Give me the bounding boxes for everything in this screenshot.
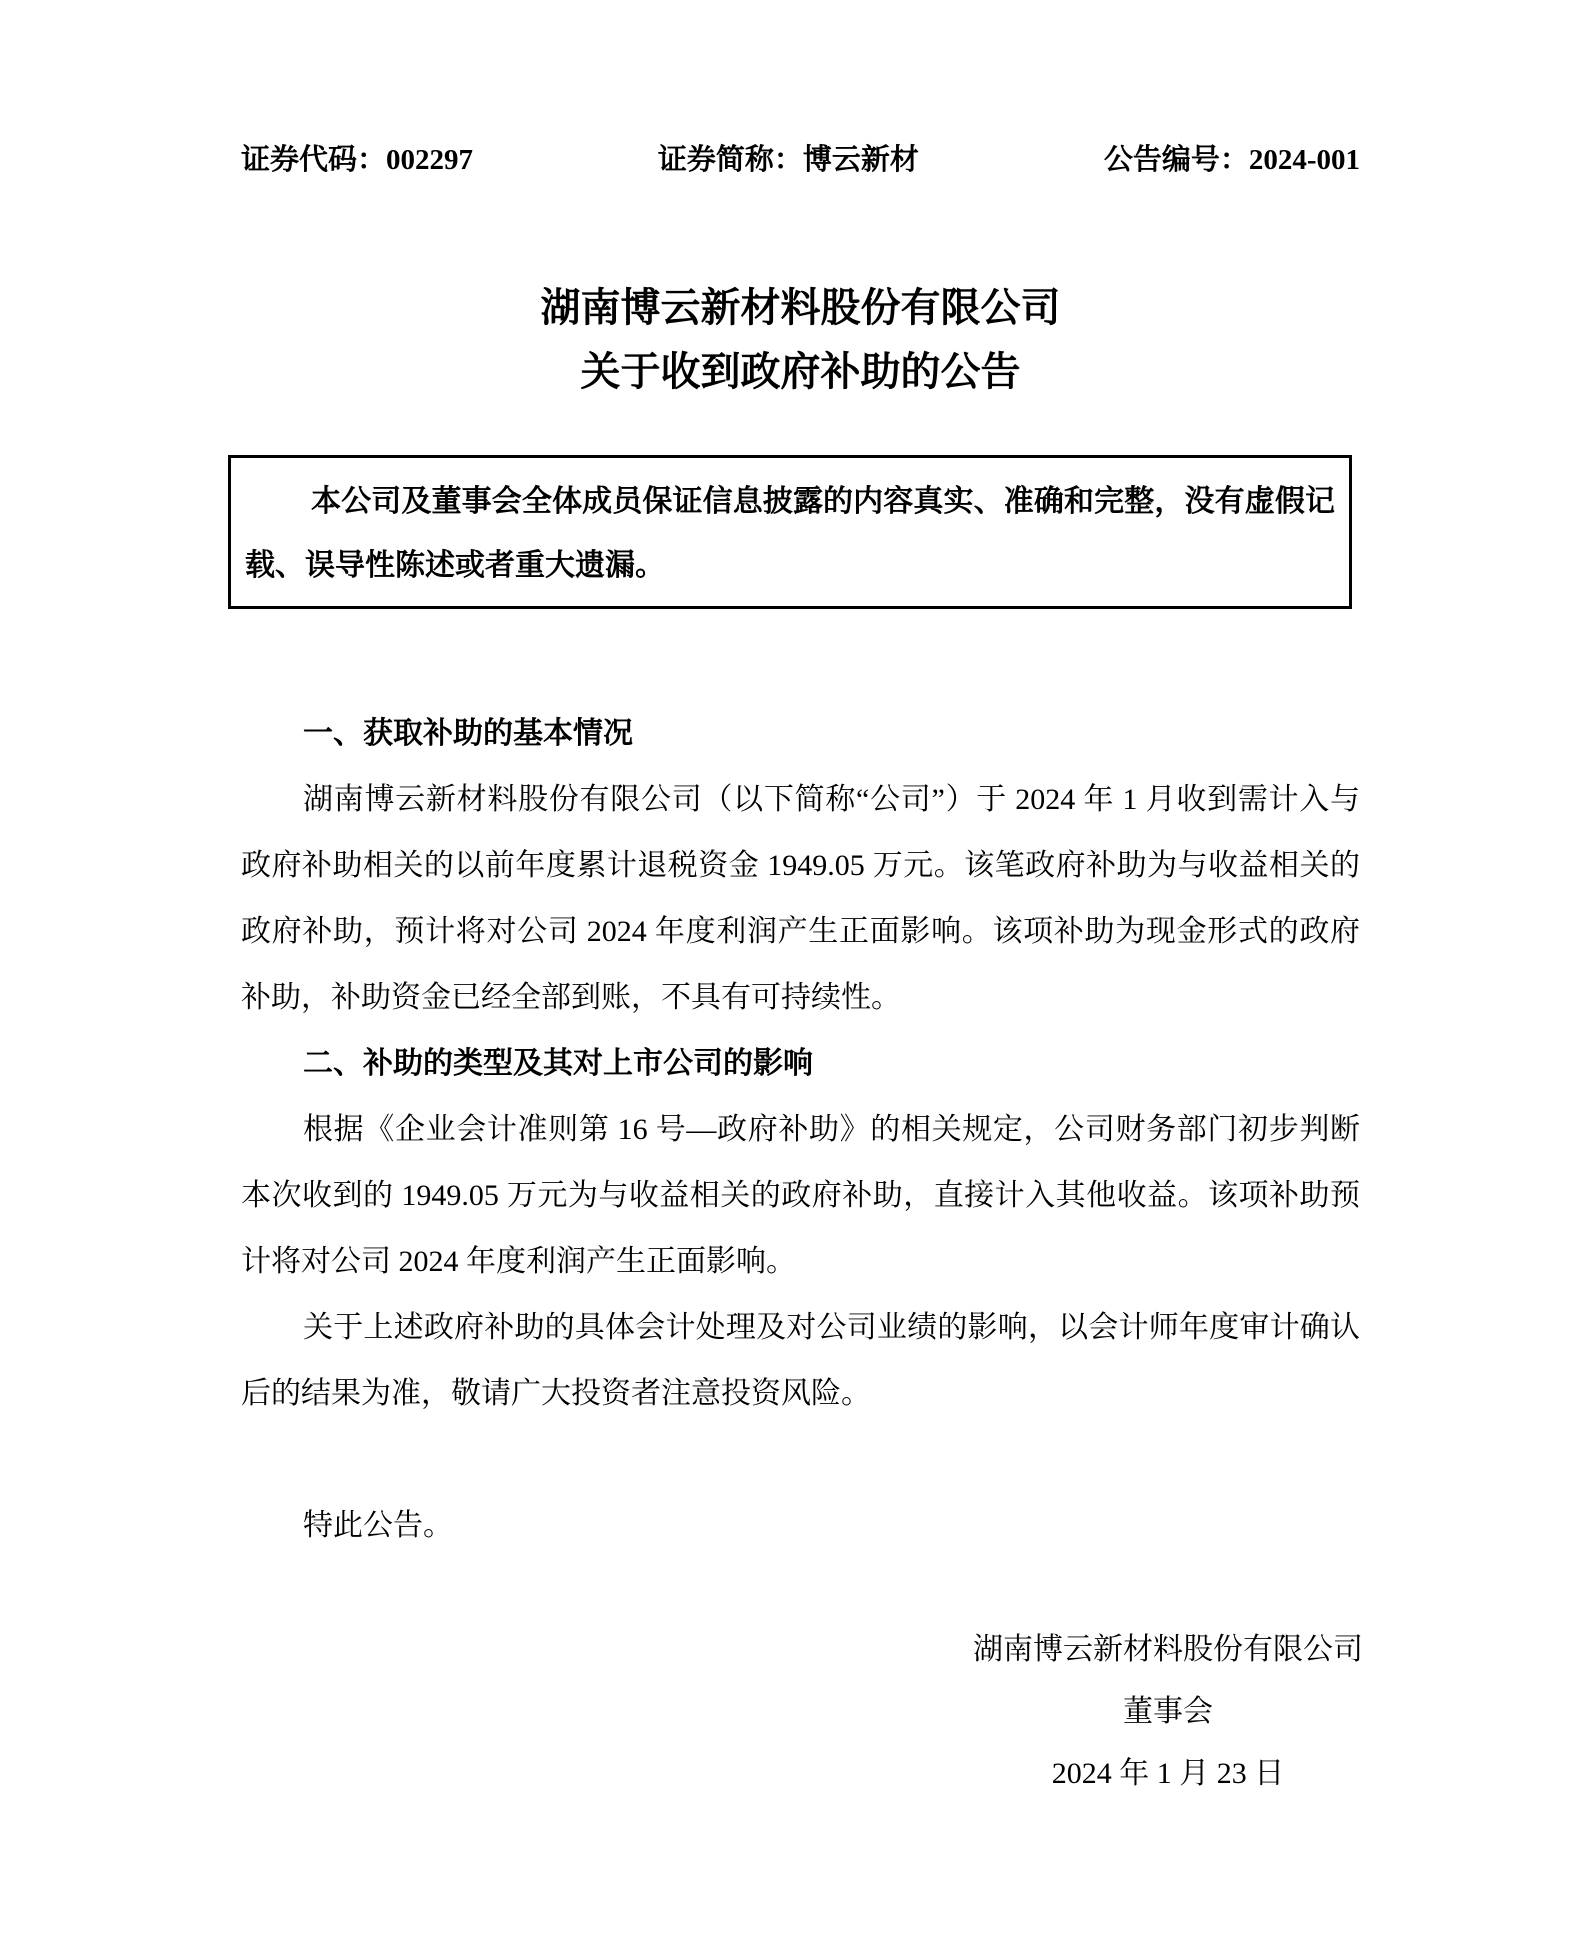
disclaimer-box: 本公司及董事会全体成员保证信息披露的内容真实、准确和完整，没有虚假记载、误导性陈… xyxy=(228,455,1352,609)
disclaimer-text: 本公司及董事会全体成员保证信息披露的内容真实、准确和完整，没有虚假记载、误导性陈… xyxy=(245,485,1335,582)
announcement-number: 公告编号：2024-001 xyxy=(1104,142,1360,178)
section-2-paragraph-2: 关于上述政府补助的具体会计处理及对公司业绩的影响，以会计师年度审计确认后的结果为… xyxy=(241,1295,1360,1427)
signature-date: 2024 年 1 月 23 日 xyxy=(973,1743,1363,1805)
signature-company: 湖南博云新材料股份有限公司 xyxy=(973,1619,1363,1681)
document-header: 证券代码：002297 证券简称：博云新材 公告编号：2024-001 xyxy=(241,142,1360,178)
announcement-page: 证券代码：002297 证券简称：博云新材 公告编号：2024-001 湖南博云… xyxy=(0,0,1587,1936)
section-2-paragraph-1: 根据《企业会计准则第 16 号—政府补助》的相关规定，公司财务部门初步判断本次收… xyxy=(241,1097,1360,1295)
announcement-title: 关于收到政府补助的公告 xyxy=(241,348,1360,396)
document-content: 证券代码：002297 证券简称：博云新材 公告编号：2024-001 湖南博云… xyxy=(241,0,1360,1805)
signature-board: 董事会 xyxy=(973,1681,1363,1743)
signature-block: 湖南博云新材料股份有限公司 董事会 2024 年 1 月 23 日 xyxy=(973,1619,1363,1805)
section-2-heading: 二、补助的类型及其对上市公司的影响 xyxy=(241,1031,1360,1097)
section-1-heading: 一、获取补助的基本情况 xyxy=(241,701,1360,767)
section-1-paragraph-1: 湖南博云新材料股份有限公司（以下简称“公司”）于 2024 年 1 月收到需计入… xyxy=(241,767,1360,1031)
stock-code: 证券代码：002297 xyxy=(241,142,473,178)
stock-abbr: 证券简称：博云新材 xyxy=(658,142,919,178)
company-title: 湖南博云新材料股份有限公司 xyxy=(241,284,1360,332)
closing-statement: 特此公告。 xyxy=(241,1493,1360,1559)
